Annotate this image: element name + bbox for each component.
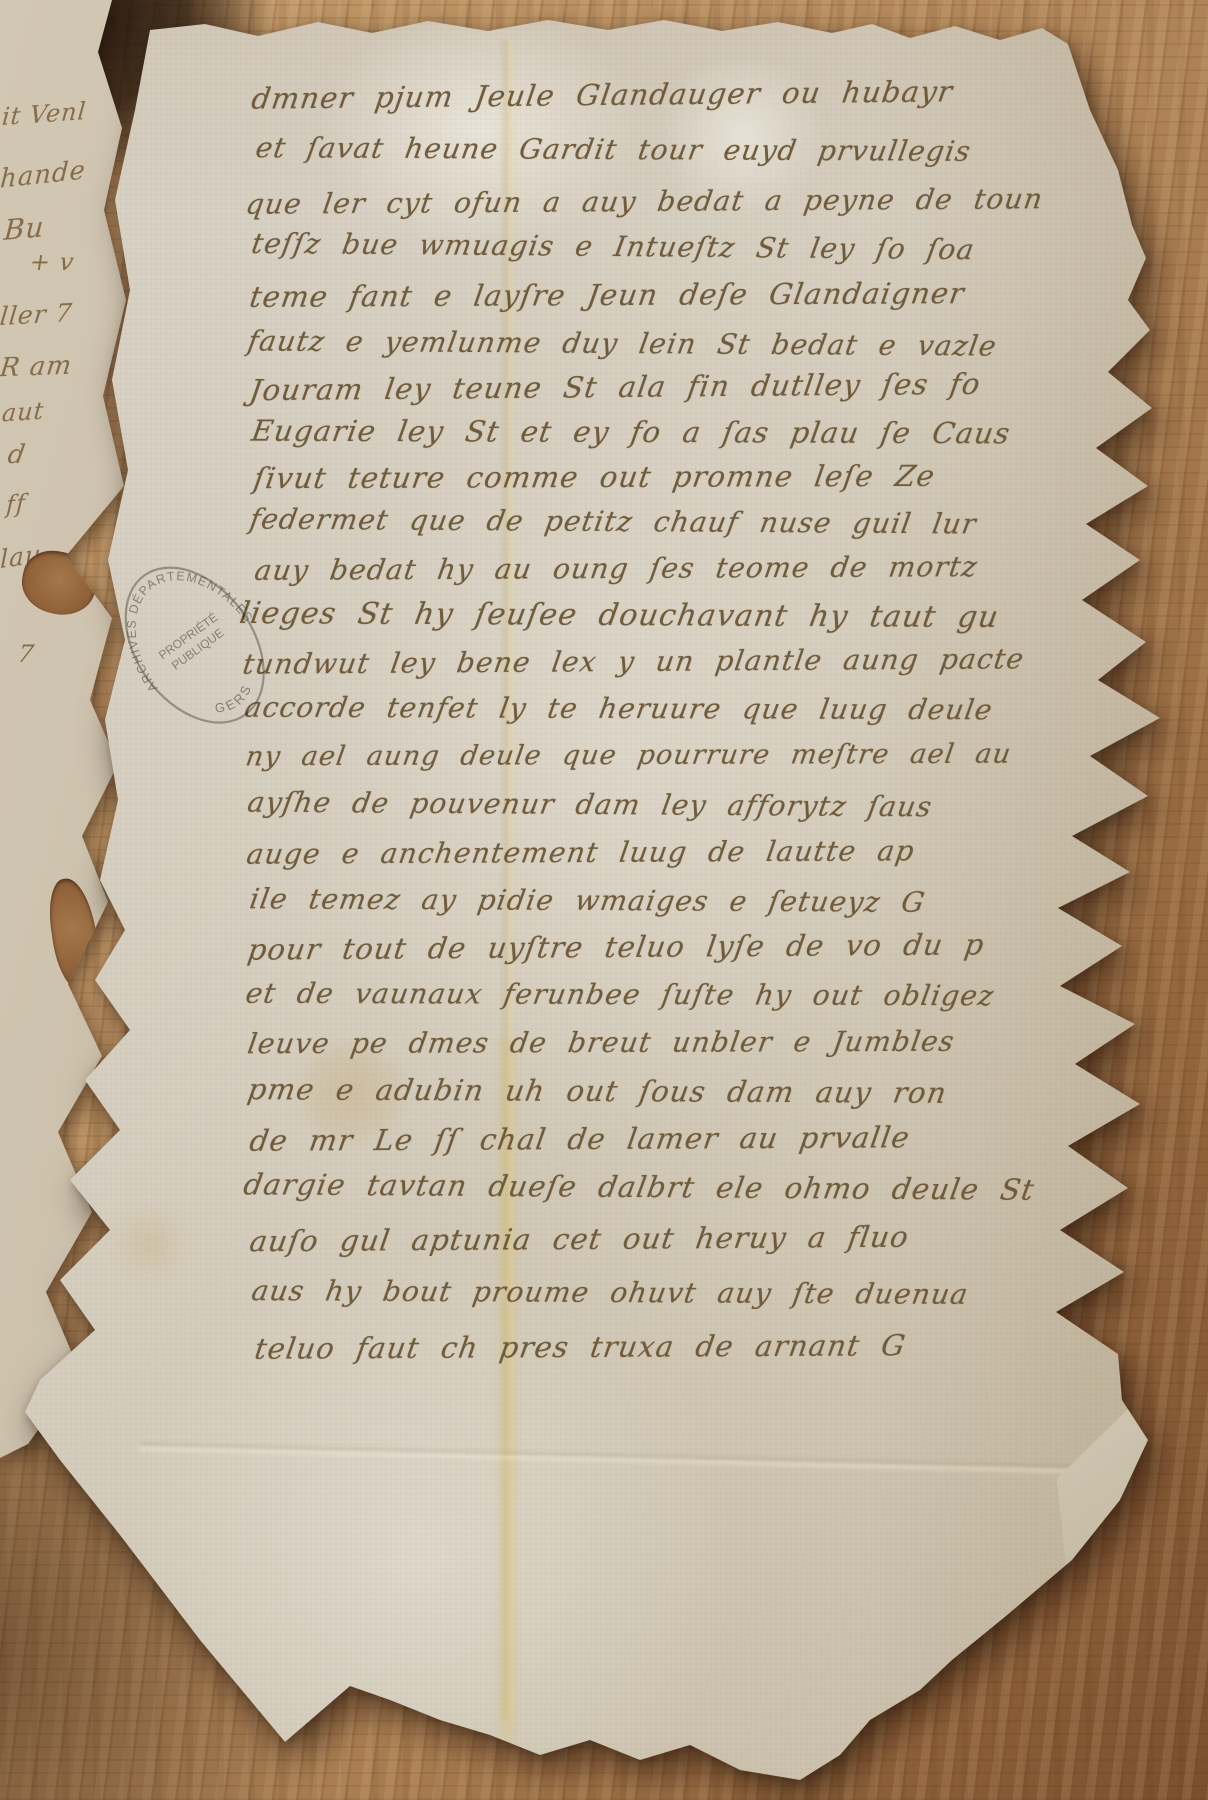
manuscript-line: ſivut teture comme out promne leſe Ze xyxy=(251,459,937,495)
stamp-bottom-text: GERS xyxy=(208,676,260,722)
manuscript-line: et de vaunaux ferunbee ſuſte hy out obli… xyxy=(243,977,997,1013)
manuscript-line: fautz e yemlunme duy lein St bedat e vaz… xyxy=(245,324,999,362)
manuscript-line: lieges St hy ſeuſee douchavant hy taut g… xyxy=(237,596,1002,635)
manuscript-page: dmner pjum Jeule Glandauger ou hubayret … xyxy=(0,0,1208,1800)
manuscript-line: teſſz bue wmuagis e Intueſtz St ley ſo ſ… xyxy=(249,227,977,266)
manuscript-line: pour tout de uyſtre teluo lyſe de vo du … xyxy=(245,927,987,966)
manuscript-line: teluo faut ch pres truxa de arnant G xyxy=(252,1328,908,1365)
manuscript-line: auy bedat hy au oung ſes teome de mortz xyxy=(252,550,980,587)
manuscript-line: dargie tavtan dueſe dalbrt ele ohmo deul… xyxy=(241,1167,1037,1206)
manuscript-line: teme fant e layſre Jeun deſe Glandaigner xyxy=(247,276,967,314)
manuscript-line: ile temez ay pidie wmaiges e ſetueyz G xyxy=(247,882,928,919)
manuscript-line: ayſhe de pouvenur dam ley afforytz ſaus xyxy=(245,786,935,824)
manuscript-page-wrap: dmner pjum Jeule Glandauger ou hubayret … xyxy=(0,0,1208,1800)
manuscript-line: federmet que de petitz chauf nuse guil l… xyxy=(247,502,979,540)
manuscript-line: auge e anchentement luug de lautte ap xyxy=(244,834,917,871)
manuscript-line: de mr Le ſſ chal de lamer au prvalle xyxy=(247,1120,912,1157)
manuscript-line: Jouram ley teune St ala fin dutlley ſes … xyxy=(247,367,983,407)
stain xyxy=(104,1202,196,1284)
manuscript-line: accorde tenfet ly te heruure que luug de… xyxy=(242,691,995,727)
manuscript-line: leuve pe dmes de breut unbler e Jumbles xyxy=(245,1025,957,1060)
manuscript-line: tundwut ley bene lex y un plantle aung p… xyxy=(241,642,1027,680)
manuscript-line: ny ael aung deule que pourrure meſtre ae… xyxy=(244,739,1014,773)
manuscript-line: que ler cyt ofun a auy bedat a peyne de … xyxy=(244,182,1046,221)
photo-scene: it VenlhandeBu+ vller 7R amautdfflau7 dm… xyxy=(0,0,1208,1800)
manuscript-line: Eugarie ley St et ey fo a ſas plau ſe Ca… xyxy=(249,414,1013,451)
manuscript-line: auſo gul aptunia cet out heruy a fluo xyxy=(247,1220,911,1259)
manuscript-line: aus hy bout proume ohuvt auy ſte duenua xyxy=(249,1274,971,1311)
manuscript-line: pme e adubin uh out ſous dam auy ron xyxy=(245,1072,950,1110)
manuscript-line: et ſavat heune Gardit tour euyd prvulleg… xyxy=(253,131,973,168)
